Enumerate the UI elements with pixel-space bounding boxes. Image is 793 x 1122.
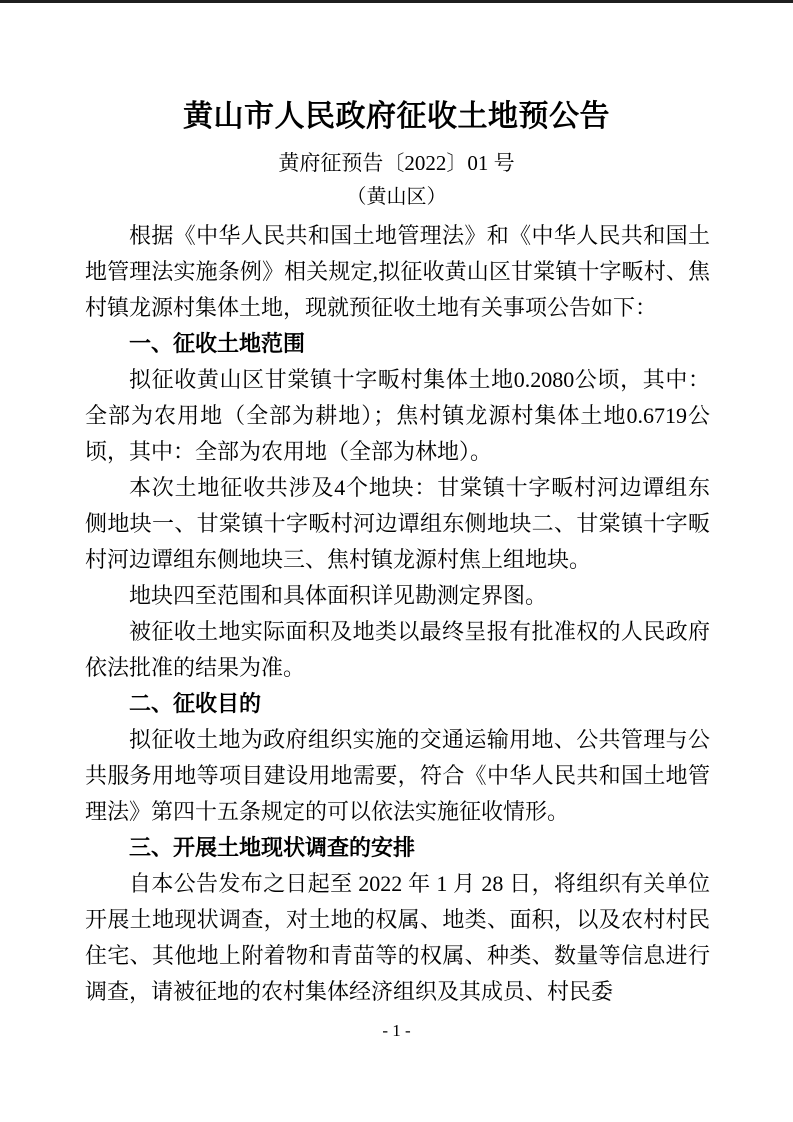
paragraph-purpose: 拟征收土地为政府组织实施的交通运输用地、公共管理与公共服务用地等项目建设用地需要… (85, 722, 710, 830)
region-line: （黄山区） (0, 183, 793, 211)
page-title: 黄山市人民政府征收土地预公告 (0, 0, 793, 137)
doc-number: 黄府征预告〔2022〕01 号 (0, 148, 793, 178)
paragraph-survey-map: 地块四至范围和具体面积详见勘测定界图。 (85, 578, 710, 614)
section-heading-purpose: 二、征收目的 (85, 686, 710, 722)
section-heading-scope: 一、征收土地范围 (85, 326, 710, 362)
section-heading-investigation: 三、开展土地现状调查的安排 (85, 830, 710, 866)
paragraph-parcels: 本次土地征收共涉及4个地块：甘棠镇十字畈村河边谭组东侧地块一、甘棠镇十字畈村河边… (85, 470, 710, 578)
document-body: 根据《中华人民共和国土地管理法》和《中华人民共和国土地管理法实施条例》相关规定,… (85, 218, 710, 1010)
paragraph-investigation: 自本公告发布之日起至 2022 年 1 月 28 日，将组织有关单位开展土地现状… (85, 866, 710, 1010)
document-page: 黄山市人民政府征收土地预公告 黄府征预告〔2022〕01 号 （黄山区） 根据《… (0, 0, 793, 1122)
paragraph-final-approval: 被征收土地实际面积及地类以最终呈报有批准权的人民政府依法批准的结果为准。 (85, 614, 710, 686)
page-number: - 1 - (0, 1020, 793, 1042)
page-top-edge (0, 0, 793, 3)
paragraph-intro: 根据《中华人民共和国土地管理法》和《中华人民共和国土地管理法实施条例》相关规定,… (85, 218, 710, 326)
paragraph-scope-area: 拟征收黄山区甘棠镇十字畈村集体土地0.2080公顷，其中：全部为农用地（全部为耕… (85, 362, 710, 470)
